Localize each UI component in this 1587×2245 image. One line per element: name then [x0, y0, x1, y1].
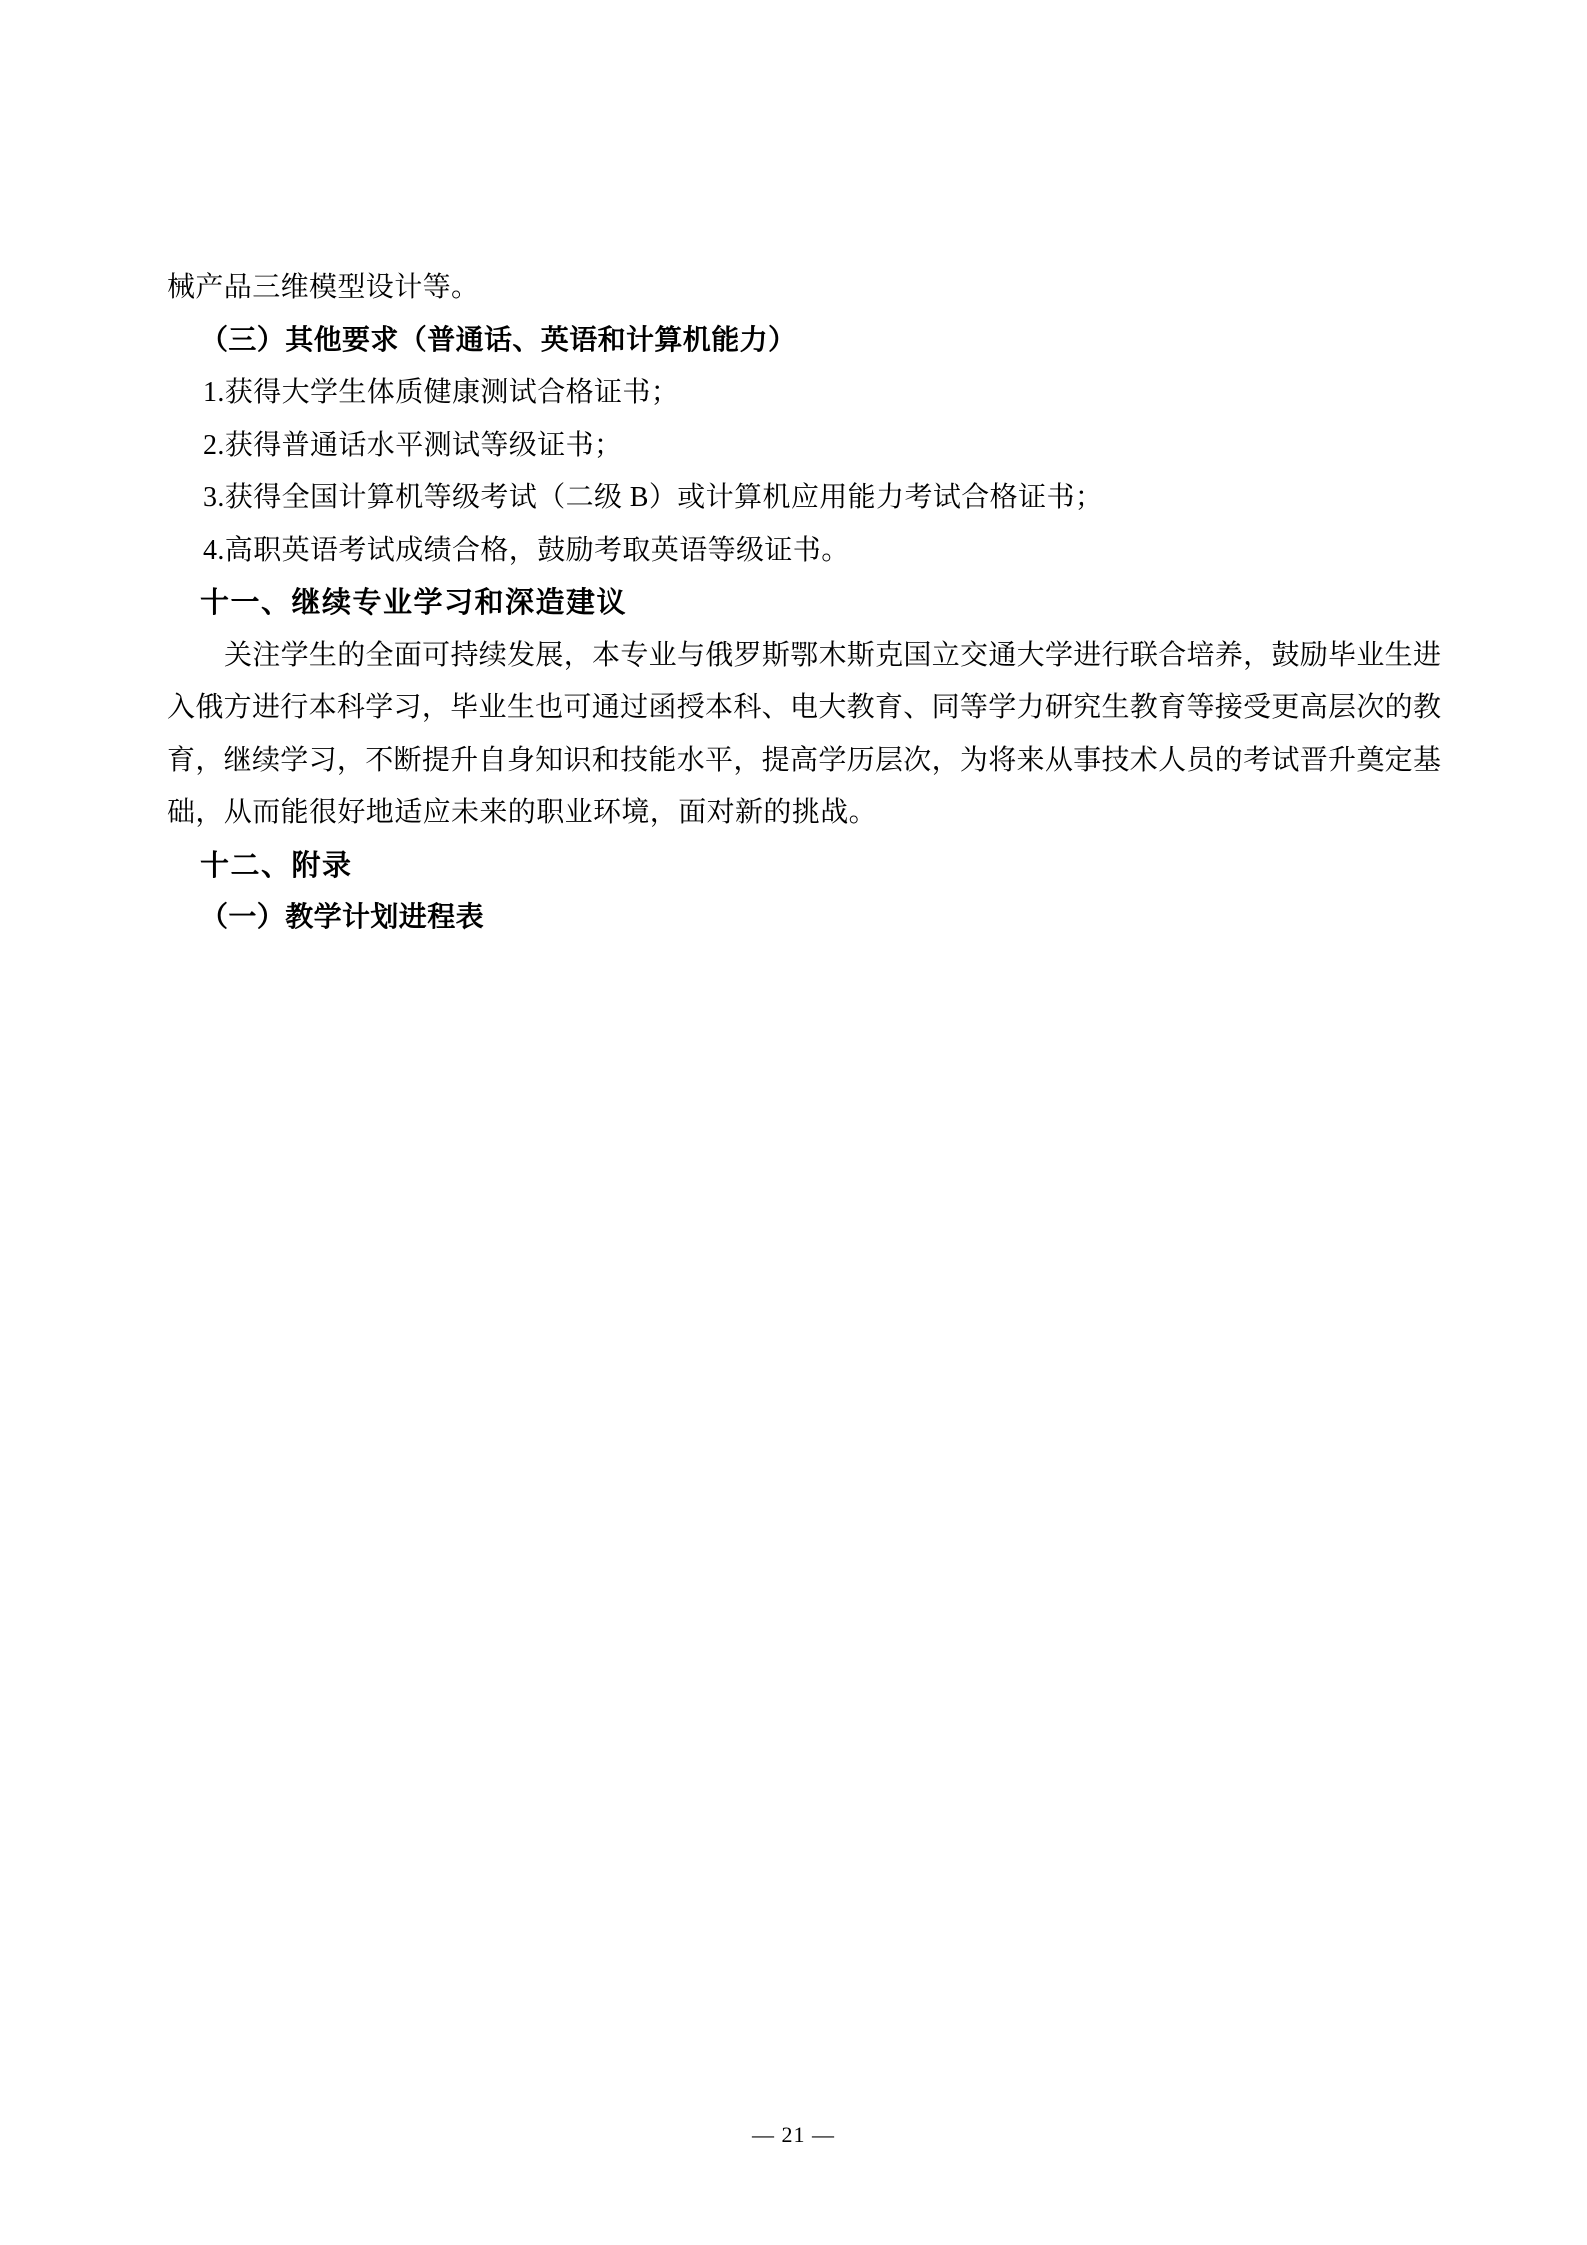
- list-item-1: 1.获得大学生体质健康测试合格证书；: [167, 367, 1441, 420]
- body-line-continuation: 械产品三维模型设计等。: [167, 262, 1441, 315]
- page-number: — 21 —: [0, 2122, 1587, 2148]
- heading-section-12: 十二、附录: [167, 840, 1441, 893]
- heading-other-requirements: （三）其他要求（普通话、英语和计算机能力）: [167, 315, 1441, 368]
- list-item-3: 3.获得全国计算机等级考试（二级 B）或计算机应用能力考试合格证书；: [167, 472, 1441, 525]
- heading-section-11: 十一、继续专业学习和深造建议: [167, 577, 1441, 630]
- document-body: 械产品三维模型设计等。 （三）其他要求（普通话、英语和计算机能力） 1.获得大学…: [167, 262, 1441, 945]
- paragraph-line-4: 础，从而能很好地适应未来的职业环境，面对新的挑战。: [167, 787, 1441, 840]
- paragraph-line-3: 育，继续学习，不断提升自身知识和技能水平，提高学历层次，为将来从事技术人员的考试…: [167, 735, 1441, 788]
- list-item-4: 4.高职英语考试成绩合格，鼓励考取英语等级证书。: [167, 525, 1441, 578]
- document-page: 械产品三维模型设计等。 （三）其他要求（普通话、英语和计算机能力） 1.获得大学…: [0, 0, 1587, 2245]
- heading-appendix-1: （一）教学计划进程表: [167, 892, 1441, 945]
- paragraph-line-1: 关注学生的全面可持续发展，本专业与俄罗斯鄂木斯克国立交通大学进行联合培养，鼓励毕…: [167, 630, 1441, 683]
- list-item-2: 2.获得普通话水平测试等级证书；: [167, 420, 1441, 473]
- paragraph-line-2: 入俄方进行本科学习，毕业生也可通过函授本科、电大教育、同等学力研究生教育等接受更…: [167, 682, 1441, 735]
